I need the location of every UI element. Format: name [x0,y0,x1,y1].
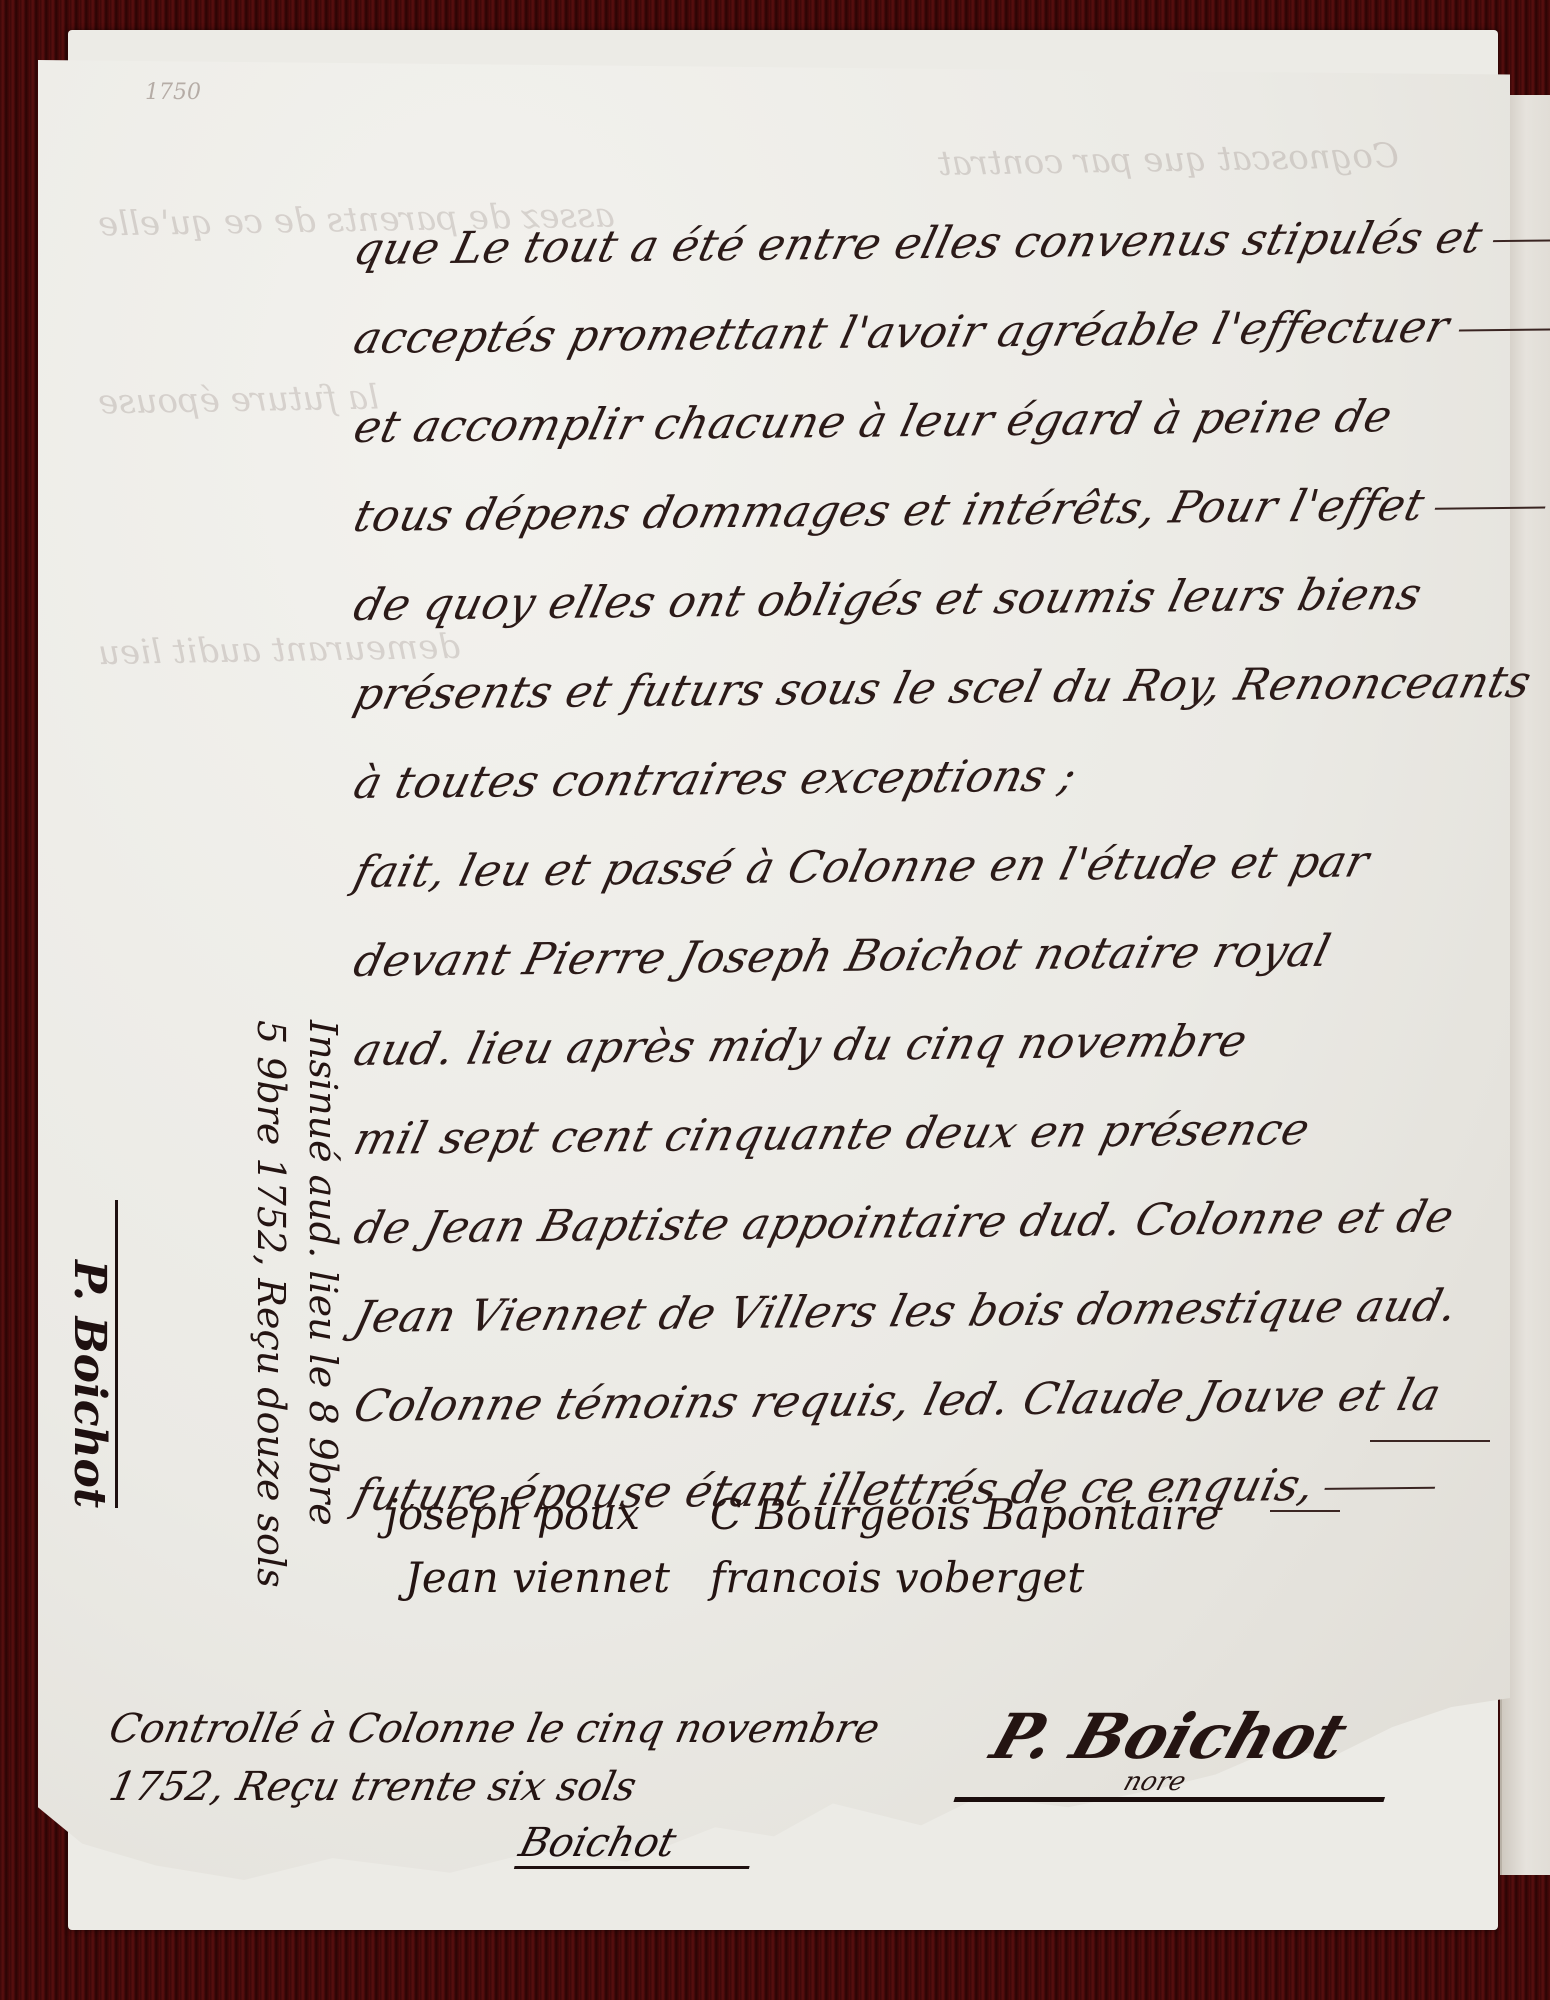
notary-signature: P. Boichot nore [953,1700,1416,1802]
control-note-line: 1752, Reçu trente six sols [104,1758,885,1816]
margin-note-line: 5 9bre 1752, Reçu douze sols [245,1020,297,1588]
faint-page-number: 1750 [145,80,201,105]
handwritten-line: présents et futurs sous le scel du Roy, … [344,638,1518,739]
bleed-through-text: la future épouse [98,378,380,423]
handwritten-line: acceptés promettant l'avoir agréable l'e… [344,282,1518,383]
bleed-through-text: Cognoscat que par contrat [938,136,1399,184]
line-filler-rule [1270,1510,1340,1512]
handwritten-line: aud. lieu après midy du cinq novembre [344,994,1518,1095]
control-signature: Boichot [514,1820,761,1869]
control-registration-note: Controllé à Colonne le cinq novembre 175… [110,1700,879,1816]
notary-name: P. Boichot [983,1700,1356,1773]
signature-joseph-poux: joseph poux [385,1490,640,1539]
handwritten-line: que Le tout a été entre elles convenus s… [344,193,1518,294]
signature-jean-viennet: Jean viennet [405,1553,670,1602]
handwritten-line: devant Pierre Joseph Boichot notaire roy… [344,905,1518,1006]
margin-insinuation-note: Insinué aud. lieu le 8 9bre 5 9bre 1752,… [245,1020,349,1588]
handwritten-line: Jean Viennet de Villers les bois domesti… [344,1261,1518,1362]
line-filler-rule [1370,1440,1490,1442]
handwritten-line: tous dépens dommages et intérêts, Pour l… [344,460,1518,561]
signature-francois-voberget: francois voberget [710,1553,1084,1602]
handwritten-line: Colonne témoins requis, led. Claude Jouv… [344,1350,1518,1451]
handwritten-line: mil sept cent cinquante deux en présence [344,1083,1518,1184]
handwritten-line: de quoy elles ont obligés et soumis leur… [344,549,1518,650]
handwritten-line: fait, leu et passé à Colonne en l'étude … [344,816,1518,917]
handwritten-line: et accomplir chacune à leur égard à pein… [344,371,1518,472]
signature-bourgeois: C Bourgeois Bapontaire [710,1490,1220,1539]
deed-body: que Le tout a été entre elles convenus s… [355,205,1505,1540]
witness-signatures: joseph poux C Bourgeois Bapontaire Jean … [385,1490,1219,1602]
margin-signature: P. Boichot [64,1200,118,1508]
control-note-line: Controllé à Colonne le cinq novembre [104,1700,885,1758]
margin-note-line: Insinué aud. lieu le 8 9bre [297,1020,349,1588]
handwritten-line: à toutes contraires exceptions ; [344,727,1518,828]
handwritten-line: de Jean Baptiste appointaire dud. Colonn… [344,1172,1518,1273]
